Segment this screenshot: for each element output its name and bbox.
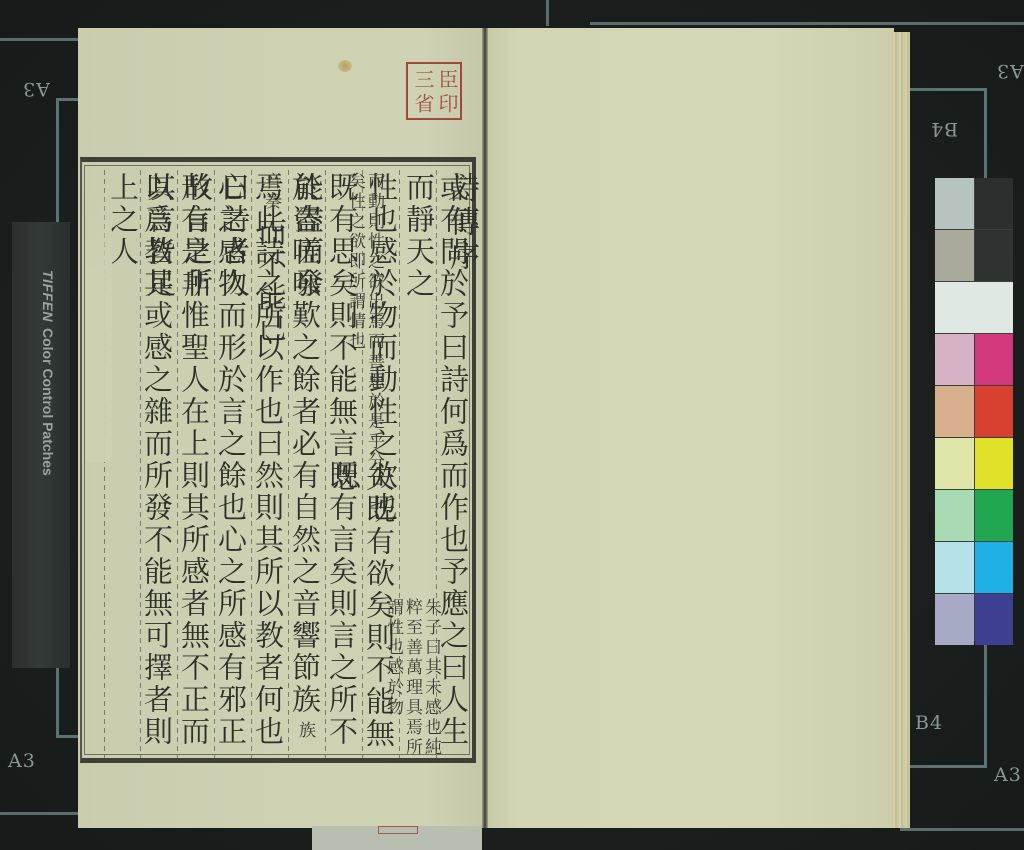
slip-red-label bbox=[378, 826, 418, 834]
color-patch bbox=[935, 334, 974, 385]
color-patch bbox=[975, 438, 1014, 489]
mat-label-a3: A3 bbox=[996, 60, 1024, 82]
mat-guide-line bbox=[546, 0, 549, 26]
printed-text-frame: 詩傳序 或有問於予曰詩何爲而作也予應之曰人生而靜天之 性也感於物而動性之欲也 朱… bbox=[80, 157, 476, 763]
photo-scene: A3 A3 B4 B4 A3 A3 TIFFENColor Control Pa… bbox=[0, 0, 1024, 850]
color-patch bbox=[975, 542, 1014, 593]
tiffen-brand: TIFFEN bbox=[40, 270, 56, 322]
mat-guide-line bbox=[0, 812, 80, 815]
mat-guide-line bbox=[0, 38, 80, 41]
color-patch bbox=[975, 490, 1014, 541]
paper-stain bbox=[338, 60, 352, 72]
text-column: 以爲教其或感之雜而所發不能無可擇者則上之人 bbox=[106, 172, 174, 757]
seal-glyph: 印 bbox=[435, 91, 459, 115]
right-page bbox=[486, 28, 894, 828]
tiffen-color-strip: TIFFENColor Control Patches bbox=[12, 222, 70, 668]
color-patch bbox=[935, 178, 974, 229]
color-patch bbox=[975, 334, 1014, 385]
color-patch bbox=[935, 438, 974, 489]
mat-label-a3: A3 bbox=[994, 764, 1022, 786]
mat-guide-line bbox=[590, 22, 1024, 25]
seal-glyph: 三 bbox=[411, 67, 435, 91]
red-seal-stamp: 三 臣 省 印 bbox=[406, 62, 462, 120]
tiffen-caption: Color Control Patches bbox=[40, 328, 56, 476]
mat-label-b4: B4 bbox=[930, 118, 958, 140]
seal-glyph: 臣 bbox=[435, 67, 459, 91]
color-patch bbox=[935, 282, 1013, 333]
color-patch bbox=[935, 490, 974, 541]
mat-guide-line bbox=[900, 828, 1024, 831]
mat-label-a3: A3 bbox=[22, 78, 50, 100]
color-patch bbox=[935, 230, 974, 281]
color-patch bbox=[975, 178, 1014, 229]
book-fore-edge bbox=[892, 32, 910, 828]
mat-label-a3: A3 bbox=[8, 750, 36, 772]
color-patch bbox=[975, 594, 1014, 645]
main-text: 於咨嗟咏歎之餘者必有自然之音響節族 bbox=[288, 172, 322, 716]
seal-glyph: 省 bbox=[411, 91, 435, 115]
color-patch bbox=[975, 386, 1014, 437]
color-patch bbox=[975, 230, 1014, 281]
color-patch bbox=[935, 594, 974, 645]
tiffen-label: TIFFENColor Control Patches bbox=[40, 270, 56, 670]
color-patch bbox=[935, 542, 974, 593]
worn-print-area bbox=[86, 192, 112, 462]
mat-label-b4: B4 bbox=[915, 712, 943, 734]
color-calibration-patches bbox=[935, 178, 1013, 641]
color-patch bbox=[935, 386, 974, 437]
